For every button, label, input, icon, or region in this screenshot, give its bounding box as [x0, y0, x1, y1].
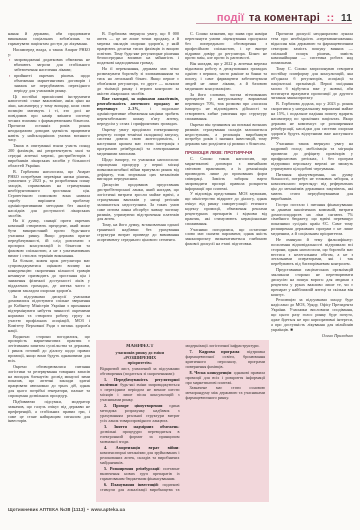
paragraph: Тому С. Сошко запропонував створити пост… [271, 67, 353, 101]
column-3: С. Сошко зазначив, що заява про наміри п… [185, 32, 267, 340]
paragraph: В. Горбачова звернула увагу, що 8 000 ап… [97, 32, 179, 66]
paragraph: Питання ціноутворення, на думку більшост… [271, 173, 353, 202]
paragraph: Протягом дискусії неодноразово лунала те… [271, 32, 353, 66]
manifesto-item: 2. Прозоре ціноутворення: єдина методика… [100, 404, 180, 424]
paragraph: Ці постійні прискіпливі інструменти напо… [8, 95, 90, 144]
paragraph: Також в опитуванні взяли участь понад 20… [8, 144, 90, 168]
paragraph-group: С. Сошко також наголосив, що маркетингов… [185, 157, 267, 247]
manifesto-item: 8. Чесна конкуренція: однакові правила п… [186, 371, 266, 386]
footer-separator: • [87, 507, 89, 512]
newspaper-page: події та коментарі :: 11 нання й держави… [0, 0, 360, 530]
paragraph: Вже сьогодні, за оцінками аналітиків, ре… [97, 97, 179, 126]
issue-info: Щотижневик АПТЕКА №38 (1113) [8, 507, 85, 512]
paragraph: Ба більше, кожен крок регулятора має суп… [8, 259, 90, 293]
manifesto-item: 3. Зняття надмірних обмежень: дозвільні … [100, 425, 180, 445]
website-url: www.apteka.ua [91, 507, 125, 512]
paragraph: На її думку, санкції проти окремих компа… [8, 219, 90, 258]
paragraph-group: С. Сошко зазначив, що заява про наміри п… [185, 32, 267, 147]
paragraph: Окремо він зупинився на питанні воєнних … [185, 123, 267, 147]
manifesto-title: МАНІФЕСТ учасників ринку до зміни «РОЗШИ… [100, 344, 180, 365]
paragraph: Він нагадав, що у 2022 р. аптечна мережа… [185, 62, 267, 91]
paragraph: Учасники погодилися, що остаточне слово … [185, 228, 267, 248]
manifesto-item: 5. Розширення реімбурсації: поетапне вкл… [100, 467, 180, 482]
paragraph: Щодо імпорту, то учасники наголосили: сп… [97, 158, 179, 182]
bullet-item: запровадженні додаткових обмежень не вба… [8, 58, 90, 73]
page-footer: Щотижневик АПТЕКА №38 (1113)•www.apteka.… [8, 507, 127, 512]
paragraph: Окремо обговорювалися питання логістики … [8, 365, 90, 399]
manifesto-title-line3: пріоритетів» [100, 360, 180, 365]
paragraph: Представники пацієнтських організацій за… [271, 268, 353, 297]
manifesto-box: МАНІФЕСТ учасників ринку до зміни «РОЗШИ… [96, 340, 269, 502]
paragraph: Підбиваючи підсумки, модератор зазначив,… [8, 400, 90, 424]
column-1: нання й держави, аби продовжити виконанн… [8, 32, 90, 504]
paragraph: В. Горбачова наголосила, що Апарат РНБО … [8, 170, 90, 219]
paragraph: За його словами, частка вітчизняних преп… [185, 93, 267, 122]
bullet-item: прийнятті окремих рішень щодо обмеження … [8, 74, 90, 94]
paragraph: За підсумками дискусії учасники домовили… [8, 295, 90, 334]
opening-paragraph: нання й держави, аби продовжити виконанн… [8, 32, 90, 47]
paragraph-group: Ці постійні прискіпливі інструменти напо… [8, 95, 90, 425]
paragraph: Тому, на його думку, встановлення єдиної… [97, 223, 179, 243]
manifesto-closing: Зазначене має стати основою меморандуму … [186, 386, 266, 401]
paragraph-group: Протягом дискусії неодноразово лунала те… [271, 32, 353, 333]
column-2: В. Горбачова звернула увагу, що 8 000 ап… [97, 32, 179, 340]
paragraph: В. Горбачова додала, що у 2023 р. ринок … [271, 102, 353, 141]
paragraph-group: В. Горбачова звернула увагу, що 8 000 ап… [97, 32, 179, 243]
paragraph: Гостро постало і питання фінансування: з… [271, 203, 353, 237]
column-4: Протягом дискусії неодноразово лунала те… [271, 32, 353, 504]
bullet-list: запровадженні додаткових обмежень не вба… [8, 58, 90, 93]
manifesto-item: 1. Передбачуваність регуляторної політик… [100, 378, 180, 402]
manifesto-item: 7. Кадрова програма: підтримка фармацевт… [186, 350, 266, 370]
paragraph: Учасники також звернули увагу на кадрови… [271, 142, 353, 171]
header-rule [196, 23, 352, 24]
paragraph: С. Сошко також наголосив, що маркетингов… [185, 157, 267, 191]
paragraph: Не оминули й тему фальсифікату: посиленн… [271, 238, 353, 267]
manifesto-intro: Відкритий лист, ухвалений за підсумками … [100, 367, 180, 377]
manifesto-box-columns: МАНІФЕСТ учасників ринку до зміни «РОЗШИ… [100, 344, 265, 496]
paragraph: Резолюцію за підсумками заходу буде наді… [271, 298, 353, 332]
lead-in-paragraph: Насамперед влада, а також Апарат РНБО у: [8, 48, 90, 58]
paragraph: Окрему увагу приділили електронному реце… [97, 128, 179, 157]
paragraph: С. Сошко зазначив, що заява про наміри п… [185, 32, 267, 61]
paragraph: Водночас сторони погодилися, що прозоріс… [8, 335, 90, 364]
paragraph: У відповідь представник МОЗ зауважив, що… [185, 192, 267, 226]
manifesto-item: 4. Амортизація втрат війни: компенсаторн… [100, 446, 180, 466]
paragraph: Дискусію продовжив представник дистриб'ю… [97, 183, 179, 222]
subheading: ПРОМОЦІЯ ЛІКІВ: ПРОТИРІЧЧЯ [185, 150, 267, 155]
manifesto-title-line2: учасників ринку до зміни «РОЗШИРЕНИХ [100, 350, 180, 360]
paragraph: На її переконання, держава має чітко роз… [97, 67, 179, 96]
byline: Олена Приходько [271, 334, 353, 339]
